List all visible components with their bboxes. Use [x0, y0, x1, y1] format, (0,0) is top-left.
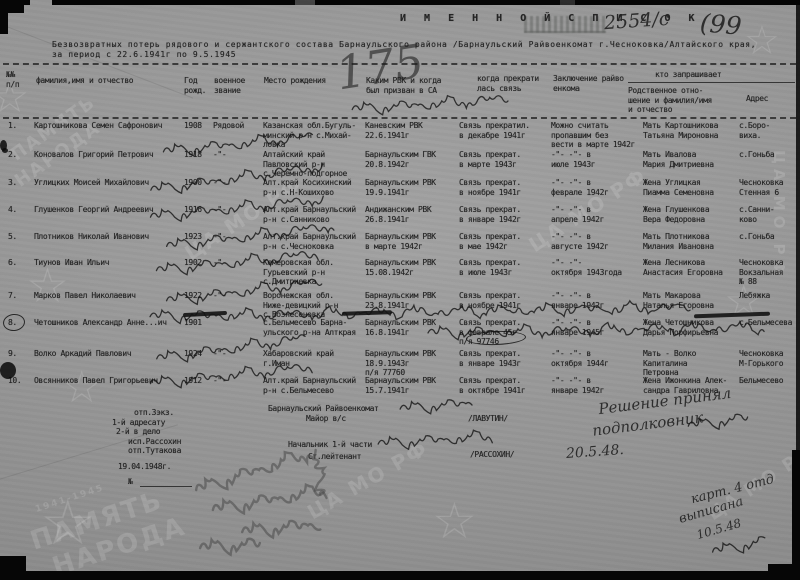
cell-conclusion: -"- -"- в августе 1942г — [551, 232, 642, 251]
cell-num: 5. — [8, 232, 32, 242]
col-header-birthplace: Место рождения — [264, 76, 326, 86]
pencil-scribble — [200, 536, 263, 556]
watermark-text: 1941-1945 — [34, 483, 105, 515]
scan-edge-right — [792, 450, 800, 580]
cell-num: 4. — [8, 205, 32, 215]
commissariat-line2: Майор в/с — [306, 414, 346, 424]
cell-relative: Жена Углицкая Пиамма Семеновна — [643, 178, 739, 197]
copies-line: 2-й в дело — [116, 427, 181, 437]
cell-address: с.Боро- виха. — [739, 121, 797, 140]
subtitle-line1: Безвозвратных потерь рядового и сержантс… — [52, 40, 772, 50]
handwritten-decision-date: 20.5.48. — [566, 442, 625, 462]
dashed-rule-top — [3, 63, 796, 65]
cell-conclusion: Можно считать пропавшим без вести в март… — [551, 121, 642, 150]
watermark-star-icon: ☆ — [62, 362, 101, 413]
signature-mark — [399, 395, 472, 417]
cell-drafted: Барнаульским РВК 15.08.1942г — [365, 258, 458, 277]
col-header-name: фамилия,имя и отчество — [36, 76, 133, 86]
cell-rank: Рядовой — [213, 121, 260, 131]
cell-drafted: Барнаульским РВК 18.9.1943г п/я 77760 — [365, 349, 458, 378]
subtitle-line2: за период с 22.6.1941г по 9.5.1945 — [52, 50, 236, 60]
cell-conclusion: -"- -"- в октября 1944г — [551, 349, 642, 368]
cell-address: Чесноковка Стенная 6 — [739, 178, 797, 197]
watermark-text: НАРОДА — [49, 511, 190, 580]
copies-line: исп.Рассохин — [128, 437, 181, 447]
number-label: № — [128, 477, 132, 487]
cell-num: 9. — [8, 349, 32, 359]
cell-address: с.Гоньба — [739, 150, 797, 160]
cell-ceased: Связь прекрат. в мае 1942г — [459, 232, 550, 251]
cell-conclusion: -"- -"- в январе 1942г — [551, 376, 642, 395]
cell-address: Чесноковка Вокзальная № 88 — [739, 258, 797, 287]
col-header-year: Год рожд. — [184, 76, 206, 95]
cell-birthplace: Алт.край Барнаульский р-н с.Бельмесево — [263, 376, 364, 395]
cell-num: 2. — [8, 150, 32, 160]
cell-drafted: Андижанским РВК 26.8.1941г — [365, 205, 458, 224]
col-header-drafted: Каким РВК и когда был призван в СА — [366, 76, 441, 95]
cell-num: 7. — [8, 291, 32, 301]
cell-name: Картошникова Семен Сафронович — [34, 121, 184, 131]
copies-line: отп.Тутакова — [128, 446, 181, 456]
col-header-relative: Родственное отно- шение и фамилия/имя и … — [628, 86, 712, 115]
cell-drafted: Барнаульским РВК 19.9.1941г — [365, 178, 458, 197]
scan-edge-corner — [0, 556, 26, 580]
signature-mark — [711, 532, 771, 560]
col-header-requester: кто запрашивает — [655, 70, 721, 80]
cell-ceased: Связь прекрат. в июле 1943г — [459, 258, 550, 277]
cell-ceased: Связь прекрат. в ноябре 1941г — [459, 178, 550, 197]
scan-edge-corner — [0, 10, 8, 34]
scan-edge-bottom — [0, 571, 800, 580]
col-header-num: №№ п/п — [6, 70, 19, 89]
watermark-star-icon: ☆ — [40, 486, 96, 559]
print-date: 19.04.1948г. — [118, 462, 171, 472]
cell-relative: Жена Глушенкова Вера Федоровна — [643, 205, 739, 224]
handwritten-corner-number: (99 — [699, 8, 743, 41]
cell-relative: Жена Лесникова Анастасия Егоровна — [643, 258, 739, 277]
cell-num: 6. — [8, 258, 32, 268]
signature-mark — [378, 428, 497, 452]
cell-conclusion: -"- -"- в июле 1943г — [551, 150, 642, 169]
ink-blob — [0, 362, 16, 379]
watermark-text: ПАМЯТЬ — [27, 486, 167, 557]
cell-address: Бельмесево — [739, 376, 797, 386]
cell-year: 1908 — [184, 121, 211, 131]
cell-ceased: Связь прекрат. в январе 1942г — [459, 205, 550, 224]
signature-name-1: /ЛАВУТИН/ — [468, 414, 508, 424]
cell-address: Лебяжка — [739, 291, 797, 301]
scan-edge-top — [0, 0, 800, 5]
cell-ceased: Связь прекрат. в марте 1943г — [459, 150, 550, 169]
col-header-rank: военное звание — [214, 76, 245, 95]
cell-num: 3. — [8, 178, 32, 188]
signature-name-2: /РАССОХИН/ — [470, 450, 514, 460]
cell-name: Коновалов Григорий Петрович — [34, 150, 184, 160]
circled-row-number-mark — [2, 313, 26, 332]
requester-underline — [628, 82, 795, 83]
col-header-address: Адрес — [746, 94, 768, 104]
watermark-star-icon: ☆ — [432, 492, 477, 550]
col-header-conclusion: Заключение райво енкома — [553, 74, 624, 93]
cell-drafted: Барнаульским РВК 15.7.1941г — [365, 376, 458, 395]
cell-conclusion: -"- -"- в феврале 1942г — [551, 178, 642, 197]
cell-relative: Мать Ивалова Мария Дмитриевна — [643, 150, 739, 169]
paper-crease — [0, 22, 193, 98]
cell-ceased: Связь прекрат. в январе 1943г — [459, 349, 550, 368]
cell-conclusion: -"- -"- октября 1943года — [551, 258, 642, 277]
cell-address: Чесноковка М-Горького — [739, 349, 797, 368]
cell-name: Марков Павел Николаевич — [34, 291, 184, 301]
cell-drafted: Барнаульским ГВК 20.8.1942г — [365, 150, 458, 169]
cell-ceased: Связь прекратил. в декабре 1941г — [459, 121, 550, 140]
cell-drafted: Барнаульским РВК в марте 1942г — [365, 232, 458, 251]
commissariat-line1: Барнаульский Райвоенкомат — [268, 404, 378, 414]
cell-num: 1. — [8, 121, 32, 131]
scanned-document: ☆☆☆☆☆☆☆ЦА МО РФЦА МО РФЦА МО РФЦА МО РФЦ… — [0, 0, 800, 580]
cell-relative: Мать Картошникова Татьяна Мироновна — [643, 121, 739, 140]
copies-list: отп.3экз.1-й адресату2-й в делоисп.Рассо… — [112, 408, 181, 456]
cell-relative: Мать Плотникова Милания Ивановна — [643, 232, 739, 251]
copies-line: 1-й адресату — [112, 418, 181, 428]
cell-name: Плотников Николай Иванович — [34, 232, 184, 242]
cell-relative: Мать - Волко Капиталина Петровна — [643, 349, 739, 378]
cell-ceased: Связь прекрат. в октябре 1941г — [459, 376, 550, 395]
cell-drafted: Каневским РВК 22.6.1941г — [365, 121, 458, 140]
copies-line: отп.3экз. — [134, 408, 181, 418]
number-blank-line — [140, 486, 192, 487]
cell-conclusion: -"- -"- в апреле 1942г — [551, 205, 642, 224]
ink-blob — [2, 148, 8, 153]
dashed-rule-header — [3, 117, 796, 119]
page-title: И М Е Н Н О Й С П И С О К — [400, 14, 701, 24]
cell-address: с.Санни- ково — [739, 205, 797, 224]
cell-address: с.Гоньба — [739, 232, 797, 242]
